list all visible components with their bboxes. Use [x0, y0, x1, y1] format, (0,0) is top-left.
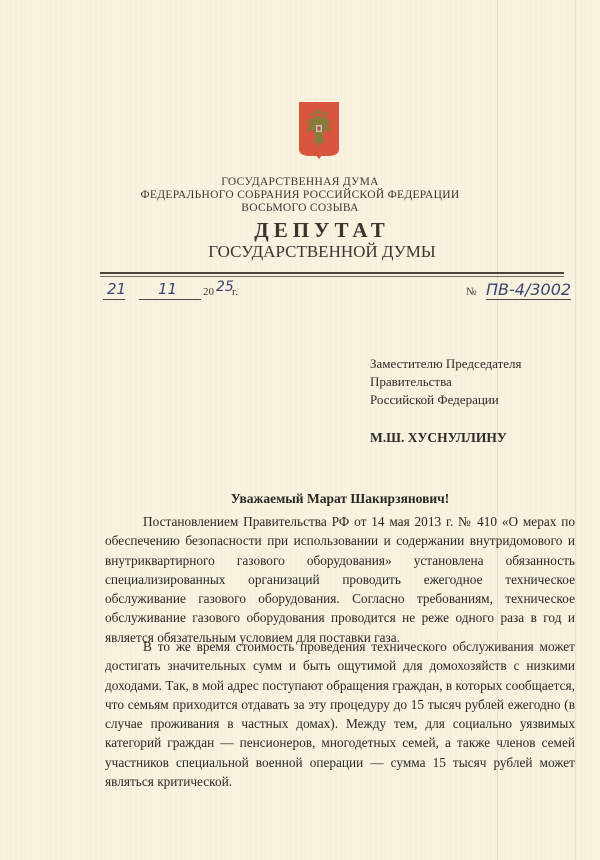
addressee-position-1: Заместителю Председателя [370, 355, 522, 373]
addressee-block: Заместителю Председателя Правительства Р… [370, 355, 522, 409]
number-value: ПВ-4/3002 [486, 280, 571, 300]
date-day-underline [103, 299, 125, 300]
letterhead-subtitle: ГОСУДАРСТВЕННОЙ ДУМЫ [22, 242, 600, 262]
date-month: 11 [158, 280, 177, 298]
date-month-underline [139, 299, 201, 300]
paragraph-text: В то же время стоимость проведения техни… [105, 637, 575, 791]
date-year-prefix: 20 [203, 286, 214, 298]
number-label: № [466, 286, 477, 298]
header-divider-thin [100, 276, 564, 277]
letterhead-line-2: ФЕДЕРАЛЬНОГО СОБРАНИЯ РОССИЙСКОЙ ФЕДЕРАЦ… [0, 189, 600, 201]
letterhead-line-1: ГОСУДАРСТВЕННАЯ ДУМА [0, 176, 600, 188]
letter-page: ГОСУДАРСТВЕННАЯ ДУМА ФЕДЕРАЛЬНОГО СОБРАН… [0, 0, 600, 860]
letter-body-paragraph-1: Постановлением Правительства РФ от 14 ма… [105, 512, 575, 647]
emblem-tip [315, 154, 323, 159]
date-day: 21 [107, 280, 126, 298]
paper-crease [575, 0, 576, 860]
addressee-position-3: Российской Федерации [370, 391, 522, 409]
addressee-position-2: Правительства [370, 373, 522, 391]
letterhead-line-3: ВОСЬМОГО СОЗЫВА [0, 202, 600, 214]
letterhead-title: ДЕПУТАТ [22, 218, 600, 243]
paragraph-text: Постановлением Правительства РФ от 14 ма… [105, 512, 575, 647]
letter-greeting: Уважаемый Марат Шакирзянович! [0, 491, 600, 507]
date-year-label: г. [232, 286, 238, 298]
header-divider [100, 272, 564, 274]
addressee-name: М.Ш. ХУСНУЛЛИНУ [370, 430, 507, 446]
letter-body-paragraph-2: В то же время стоимость проведения техни… [105, 637, 575, 791]
coat-of-arms-icon [299, 102, 339, 156]
